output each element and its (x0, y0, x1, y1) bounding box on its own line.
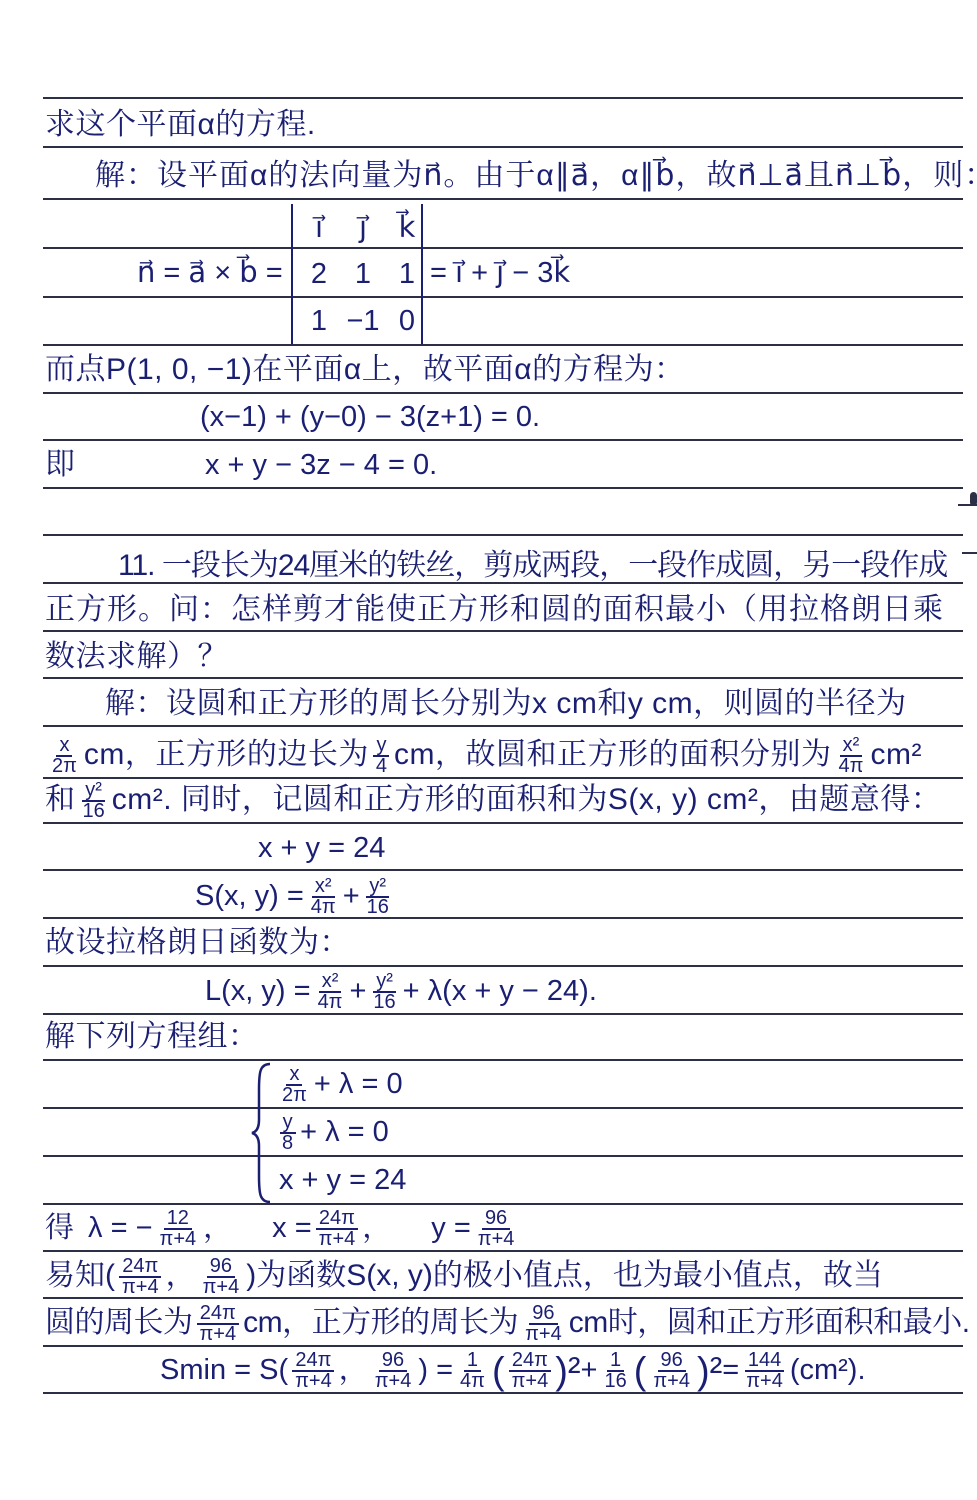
ruled-line (43, 392, 963, 394)
fraction-term: y²16 (364, 877, 392, 917)
point-statement: 而点P(1, 0, −1)在平面α上，故平面α的方程为： (45, 350, 685, 390)
constraint-equation: x + y = 24 (258, 828, 385, 868)
denominator: 2π (279, 1086, 310, 1105)
problem-text: 一段长为24厘米的铁丝，剪成两段，一段作成圆，另一段作成 (162, 549, 947, 582)
lagrange-intro: 故设拉格朗日函数为： (45, 923, 350, 963)
numerator: 96 (658, 1351, 686, 1372)
fraction-term: y8 (279, 1113, 296, 1153)
ruled-line (43, 1345, 963, 1347)
comma: ， (166, 1259, 196, 1292)
numerator: 96 (207, 1257, 235, 1278)
problem-11-line-2: 正方形。问：怎样剪才能使正方形和圆的面积最小（用拉格朗日乘 (45, 590, 944, 630)
denominator: π+4 (157, 1230, 200, 1249)
conclusion-line-1: 易知(24ππ+4，96π+4)为函数S(x, y)的极小值点，也为最小值点，故… (45, 1256, 883, 1296)
ruled-line (43, 146, 963, 148)
ruled-line (43, 1155, 963, 1157)
ruled-line (43, 198, 963, 200)
matrix-cell: 2 (297, 250, 341, 298)
page-edge-mark (970, 492, 977, 506)
ruled-line (43, 1013, 963, 1015)
denominator: π+4 (372, 1372, 415, 1391)
conclusion-line-2: 圆的周长为24ππ+4cm，正方形的周长为96π+4cm时，圆和正方形面积和最小… (45, 1303, 970, 1343)
minimum-area-equation: Smin = S(24ππ+4，96π+4) =14π(24ππ+4)²+116… (160, 1350, 866, 1390)
denominator: 4π (457, 1372, 488, 1391)
matrix-cell: j⃗ (341, 204, 385, 250)
text: cm时，圆和正方形面积和最小. (569, 1306, 970, 1339)
ruled-line (43, 917, 963, 919)
numerator: 96 (379, 1351, 407, 1372)
rest: + λ = 0 (314, 1068, 403, 1100)
cross-product-lhs: n⃗ = a⃗ × b⃗ = (137, 253, 283, 293)
denominator: 8 (279, 1134, 296, 1153)
ruled-line (43, 965, 963, 967)
fraction-point-y: 96π+4 (200, 1257, 243, 1297)
system-intro: 解下列方程组： (45, 1017, 259, 1057)
lhs: S(x, y) = (195, 880, 304, 912)
fraction-x: 24ππ+4 (316, 1209, 359, 1249)
system-equation-1: x2π+ λ = 0 (275, 1064, 403, 1104)
comma: ， (339, 1354, 368, 1386)
text: cm². 同时，记圆和正方形的面积和为S(x, y) cm²，由题意得： (112, 783, 942, 816)
fraction-side: y4 (373, 736, 390, 776)
ruled-line (43, 247, 963, 249)
open-paren: ( (634, 1350, 647, 1392)
numerator: y² (373, 972, 396, 993)
ruled-line (43, 296, 963, 298)
denominator: π+4 (197, 1325, 240, 1344)
fraction-coef-2: 116 (601, 1351, 629, 1391)
matrix-cell: 1 (385, 250, 429, 298)
denominator: π+4 (509, 1372, 552, 1391)
fraction-coef-1: 14π (457, 1351, 488, 1391)
denominator: π+4 (292, 1372, 335, 1391)
numerator: 24π (119, 1257, 161, 1278)
numerator: x² (312, 877, 335, 898)
matrix-cell: 1 (297, 298, 341, 344)
unit: (cm²). (790, 1354, 866, 1386)
fraction-minimum-value: 144π+4 (743, 1351, 786, 1391)
numerator: 24π (316, 1209, 358, 1230)
numerator: y² (82, 781, 105, 802)
text: cm，故圆和正方形的面积分别为 (394, 738, 832, 771)
numerator: x² (319, 972, 342, 993)
numerator: 12 (164, 1209, 192, 1230)
unit: cm² (870, 738, 921, 771)
ruled-line (43, 677, 963, 679)
fraction-lambda: 12π+4 (157, 1209, 200, 1249)
matrix-cell: 0 (385, 298, 429, 344)
denominator: π+4 (650, 1372, 693, 1391)
numerator: 96 (482, 1209, 510, 1230)
fraction-term: x²4π (308, 877, 339, 917)
matrix-cell: −1 (341, 298, 385, 344)
numerator: 24π (509, 1351, 551, 1372)
denominator: π+4 (119, 1278, 162, 1297)
denominator: π+4 (475, 1230, 518, 1249)
fraction-circle-area: x²4π (836, 736, 867, 776)
equivalent-label: 即 (45, 445, 76, 485)
separator: ， (362, 1212, 391, 1244)
left-brace-icon (250, 1062, 274, 1204)
close-paren-squared: )² (697, 1350, 722, 1392)
plane-prompt-tail: 求这个平面α的方程. (45, 105, 316, 145)
lagrangian-function: L(x, y) =x²4π+y²16+ λ(x + y − 24). (205, 971, 597, 1011)
area-function: S(x, y) =x²4π+y²16 (195, 876, 396, 916)
denominator: 16 (601, 1372, 629, 1391)
page-edge-mark (962, 552, 977, 554)
fraction-inner-1: 24ππ+4 (509, 1351, 552, 1391)
denominator: 4π (836, 757, 867, 776)
solution-line-3: 和y²16cm². 同时，记圆和正方形的面积和为S(x, y) cm²，由题意得… (45, 780, 941, 820)
numerator: y² (366, 877, 389, 898)
ruled-line (43, 97, 963, 99)
point-normal-equation: (x−1) + (y−0) − 3(z+1) = 0. (200, 397, 540, 437)
problem-number: 11. (118, 549, 154, 582)
denominator: 4π (308, 898, 339, 917)
denominator: π+4 (316, 1230, 359, 1249)
text: 和 (45, 783, 76, 816)
matrix-cell: i⃗ (297, 204, 341, 250)
denominator: π+4 (200, 1278, 243, 1297)
numerator: y (280, 1113, 296, 1134)
lhs: Smin = S( (160, 1354, 288, 1386)
numerator: 96 (529, 1304, 557, 1325)
x-lhs: x = (272, 1212, 312, 1244)
fraction-arg-y: 96π+4 (372, 1351, 415, 1391)
operator: + (343, 880, 360, 912)
fraction-inner-2: 96π+4 (650, 1351, 693, 1391)
ruled-line (43, 1250, 963, 1252)
general-equation: x + y − 3z − 4 = 0. (205, 445, 437, 485)
ruled-line (43, 630, 963, 632)
denominator: π+4 (743, 1372, 786, 1391)
denominator: 16 (370, 993, 398, 1012)
fraction-arg-x: 24ππ+4 (292, 1351, 335, 1391)
cross-product-rhs: = i⃗ + j⃗ − 3k⃗ (430, 253, 570, 293)
ruled-line (43, 822, 963, 824)
plane-solution-intro: 解：设平面α的法向量为n⃗。由于α∥a⃗，α∥b⃗，故n⃗⊥a⃗且n⃗⊥b⃗，则… (95, 156, 977, 196)
ruled-line (43, 869, 963, 871)
result-label: 得 (45, 1212, 74, 1244)
ruled-line (43, 1107, 963, 1109)
fraction-term: x2π (279, 1065, 310, 1105)
fraction-square-area: y²16 (80, 781, 108, 821)
ruled-line (43, 1297, 963, 1299)
text: 圆的周长为 (45, 1306, 193, 1339)
denominator: 2π (49, 757, 80, 776)
numerator: x (56, 736, 72, 757)
equals: ) = (418, 1354, 453, 1386)
matrix-cell: 1 (341, 250, 385, 298)
operator: + (581, 1354, 598, 1386)
text: 易知( (45, 1259, 115, 1292)
operator: + (349, 975, 366, 1007)
ruled-line (43, 487, 963, 489)
fraction-square-perimeter: 96π+4 (522, 1304, 565, 1344)
ruled-line (43, 725, 963, 727)
text: )为函数S(x, y)的极小值点，也为最小值点，故当 (246, 1259, 883, 1292)
rest: + λ = 0 (300, 1116, 389, 1148)
lambda-lhs: λ = − (88, 1212, 153, 1244)
fraction-term: y²16 (370, 972, 398, 1012)
ruled-line (43, 777, 963, 779)
determinant-matrix: i⃗ j⃗ k⃗ 2 1 1 1 −1 0 (291, 204, 423, 344)
y-lhs: y = (431, 1212, 471, 1244)
system-equation-2: y8+ λ = 0 (275, 1112, 389, 1152)
denominator: 16 (364, 898, 392, 917)
lhs: L(x, y) = (205, 975, 311, 1007)
denominator: 4π (315, 993, 346, 1012)
ruled-line (43, 1203, 963, 1205)
denominator: π+4 (522, 1325, 565, 1344)
problem-11-line-3: 数法求解）？ (45, 637, 228, 677)
solution-intro: 解：设圆和正方形的周长分别为x cm和y cm，则圆的半径为 (105, 684, 907, 724)
ruled-line (43, 439, 963, 441)
equals: = (722, 1354, 739, 1386)
fraction-y: 96π+4 (475, 1209, 518, 1249)
numerator: 24π (292, 1351, 334, 1372)
numerator: 144 (745, 1351, 784, 1372)
solution-result: 得λ = −12π+4，x =24ππ+4，y =96π+4 (45, 1208, 521, 1248)
system-equation-3: x + y = 24 (279, 1160, 406, 1200)
numerator: y (373, 736, 389, 757)
ruled-line (43, 344, 963, 346)
close-paren-squared: )² (555, 1350, 580, 1392)
open-paren: ( (492, 1350, 505, 1392)
matrix-cell: k⃗ (385, 204, 429, 250)
separator: ， (203, 1212, 232, 1244)
numerator: 1 (464, 1351, 481, 1372)
text: cm，正方形的边长为 (84, 738, 369, 771)
fraction-radius: x2π (49, 736, 80, 776)
ruled-line (43, 1059, 963, 1061)
problem-11-line-1: 11. 一段长为24厘米的铁丝，剪成两段，一段作成圆，另一段作成 (118, 546, 947, 586)
text: cm，正方形的周长为 (243, 1306, 518, 1339)
denominator: 16 (80, 802, 108, 821)
numerator: x (286, 1065, 302, 1086)
ruled-line (43, 534, 963, 536)
fraction-term: x²4π (315, 972, 346, 1012)
tail: + λ(x + y − 24). (403, 975, 597, 1007)
numerator: 1 (607, 1351, 624, 1372)
numerator: 24π (197, 1304, 239, 1325)
denominator: 4 (373, 757, 390, 776)
fraction-point-x: 24ππ+4 (119, 1257, 162, 1297)
fraction-circle-perimeter: 24ππ+4 (197, 1304, 240, 1344)
solution-line-2: x2πcm，正方形的边长为y4cm，故圆和正方形的面积分别为x²4πcm² (45, 735, 922, 775)
numerator: x² (840, 736, 863, 757)
